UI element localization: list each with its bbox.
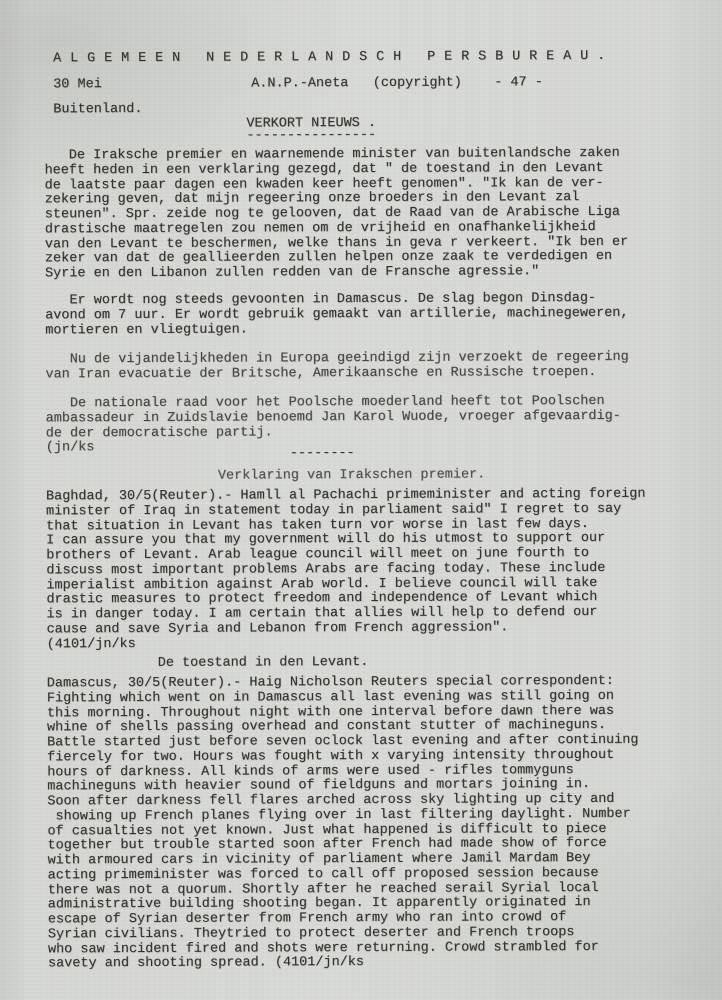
section-label: Buitenland.	[53, 102, 142, 117]
dateline: 30 Mei	[53, 77, 102, 92]
scan-page: A L G E M E E N N E D E R L A N D S C H …	[0, 0, 722, 1000]
article-heading: De toestand in den Levant.	[158, 655, 369, 671]
text-line: (4101/jn/ks	[47, 635, 647, 652]
article-body: Baghdad, 30/5(Reuter).- Hamll al Pachach…	[46, 488, 646, 653]
article-body: Damascus, 30/5(Reuter).- Haig Nicholson …	[47, 675, 640, 973]
text-line: Syrie en den Libanon zullen redden van d…	[45, 265, 628, 282]
text-line: van Iran evacuatie der Britsche, Amerika…	[45, 366, 628, 383]
text-line: ambassadeur in Zuidslavie benoemd Jan Ka…	[46, 410, 621, 427]
credit-line: A.N.P.-Aneta (copyright) - 47 -	[251, 75, 543, 91]
bulletin-title-underline: ----------------	[246, 128, 376, 144]
news-paragraph: De Iraksche premier en waarnemende minis…	[44, 147, 628, 282]
news-paragraph: Er wordt nog steeds gevoonten in Damascu…	[45, 292, 628, 339]
news-paragraph: Nu de vijandelijkheden in Europa geeindi…	[45, 351, 628, 383]
article-heading: Verklaring van Irakschen premier.	[218, 467, 485, 483]
agency-name: A L G E M E E N N E D E R L A N D S C H …	[53, 49, 606, 66]
text-line: avond om 7 uur. Er wordt gebruik gemaakt…	[45, 307, 628, 324]
document-content: A L G E M E E N N E D E R L A N D S C H …	[0, 0, 722, 1000]
text-line: mortieren en vliegtuigen.	[45, 321, 628, 338]
text-line: savety and shooting spread. (4101/jn/ks	[48, 955, 639, 972]
section-separator: --------	[290, 446, 355, 461]
